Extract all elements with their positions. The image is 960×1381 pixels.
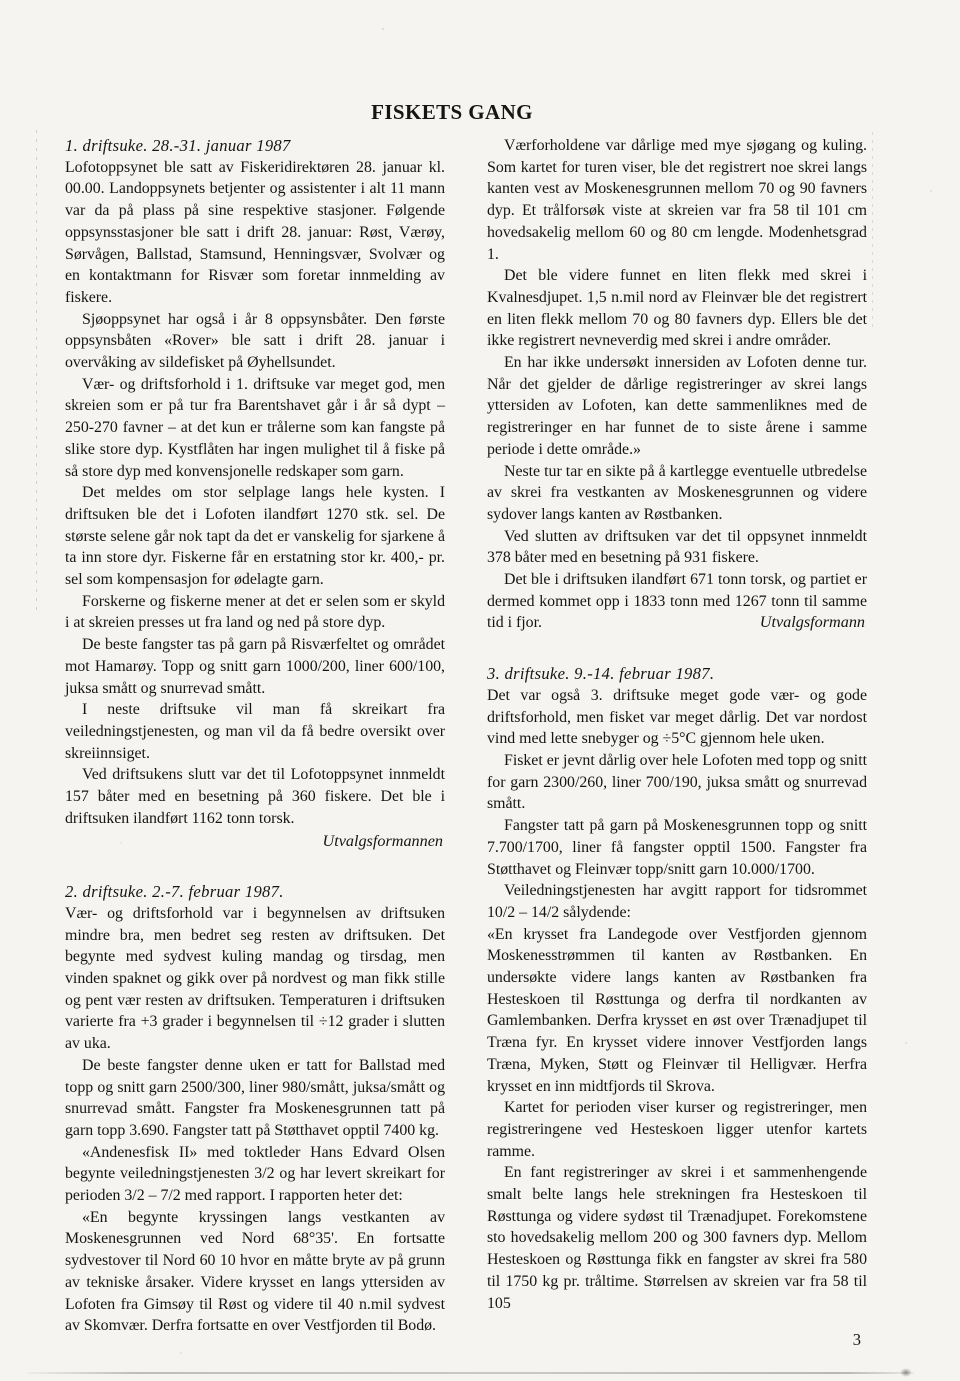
paragraph: Lofotoppsynet ble satt av Fiskeridirektø… [65,157,445,309]
section-week2-continued: Værforholdene var dårlige med mye sjøgan… [487,135,867,634]
paragraph: I neste driftsuke vil man få skreikart f… [65,699,445,764]
scan-artifact-dotted-line-left [36,130,37,610]
paragraph: De beste fangster tas på garn på Risværf… [65,634,445,699]
paragraph: «En begynte kryssingen langs vestkanten … [65,1207,445,1337]
paragraph: Neste tur tar en sikte på å kartlegge ev… [487,461,867,526]
scan-artifact-dotted-line-right [872,132,873,332]
paragraph: «En krysset fra Landegode over Vestfjord… [487,924,867,1098]
paragraph: Det var også 3. driftsuke meget gode vær… [487,685,867,750]
paragraph: Fangster tatt på garn på Moskenesgrunnen… [487,815,867,880]
section-week1-heading: 1. driftsuke. 28.-31. januar 1987 [65,135,445,157]
paragraph: «Andenesfisk II» med toktleder Hans Edva… [65,1142,445,1207]
paragraph: De beste fangster denne uken er tatt for… [65,1055,445,1142]
scan-artifact-bottom-line [28,1372,914,1374]
paragraph: Det meldes om stor selplage langs hele k… [65,482,445,591]
paragraph: Vær- og driftsforhold i 1. driftsuke var… [65,374,445,483]
paragraph: Forskerne og fiskerne mener at det er se… [65,591,445,634]
section-week1: 1. driftsuke. 28.-31. januar 1987 Lofoto… [65,135,445,852]
paragraph: Kartet for perioden viser kurser og regi… [487,1097,867,1162]
signature-utvalgsformann: Utvalgsformann [487,612,865,634]
left-column: 1. driftsuke. 28.-31. januar 1987 Lofoto… [65,135,445,1351]
scanned-journal-page: FISKETS GANG 1. driftsuke. 28.-31. janua… [0,0,960,1381]
section-week3: 3. driftsuke. 9.-14. februar 1987. Det v… [487,663,867,1314]
right-column: Værforholdene var dårlige med mye sjøgan… [487,135,867,1351]
paragraph: Fisket er jevnt dårlig over hele Lofoten… [487,750,867,815]
scan-noise-specks [0,0,2,2]
paragraph: Vær- og driftsforhold var i begynnelsen … [65,903,445,1055]
scan-artifact-smudge [900,1368,912,1377]
paragraph: Ved slutten av driftsuken var det til op… [487,526,867,569]
paragraph: Sjøoppsynet har også i år 8 oppsynsbåter… [65,309,445,374]
page-number: 3 [487,1329,867,1351]
signature-utvalgsformannen: Utvalgsformannen [65,831,443,853]
paragraph: Værforholdene var dårlige med mye sjøgan… [487,135,867,265]
paragraph: Veiledningstjenesten har avgitt rapport … [487,880,867,923]
section-week2-heading: 2. driftsuke. 2.-7. februar 1987. [65,881,445,903]
section-week2: 2. driftsuke. 2.-7. februar 1987. Vær- o… [65,881,445,1337]
journal-title: FISKETS GANG [51,100,853,124]
paragraph: Det ble videre funnet en liten flekk med… [487,265,867,352]
paragraph: Ved driftsukens slutt var det til Lofoto… [65,764,445,829]
paragraph: En fant registreringer av skrei i et sam… [487,1162,867,1314]
text-columns: 1. driftsuke. 28.-31. januar 1987 Lofoto… [65,135,867,1351]
section-week3-heading: 3. driftsuke. 9.-14. februar 1987. [487,663,867,685]
paragraph: En har ikke undersøkt innersiden av Lofo… [487,352,867,461]
